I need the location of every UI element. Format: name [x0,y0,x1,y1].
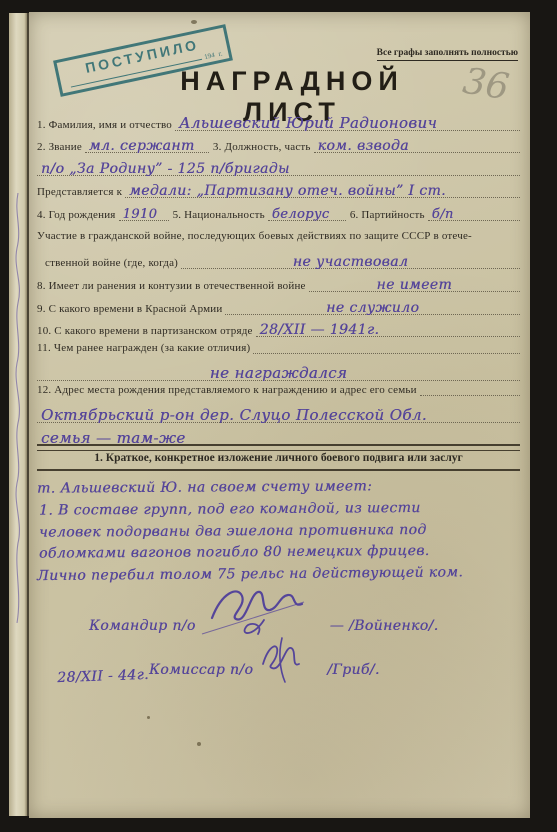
field-4-5-6-row: 4. Год рождения 1910 5. Национальность б… [37,205,520,221]
field-7-label-row-2: ственной войне (где, когда) не участвова… [45,252,520,269]
field-3-label: 3. Должность, часть [209,141,314,153]
field-7-label-line1: Участие в гражданской войне, последующих… [37,230,472,242]
field-12-label-row: 12. Адрес места рождения представляемого… [37,384,520,396]
paper-stain [147,716,150,719]
field-3-continuation-row: п/о „За Родину” - 125 п/бригады [37,159,520,176]
field-3-underline: ком. взвода [314,136,520,153]
field-7-label-row-1: Участие в гражданской войне, последующих… [37,230,520,242]
field-11-label: 11. Чем ранее награжден (за какие отличи… [37,342,253,354]
field-8-label: 8. Имеет ли ранения и контузии в отечест… [37,280,309,292]
commander-name: — /Войненко/. [330,618,439,634]
section-divider-bottom [37,469,520,471]
field-8-underline: не имеет [309,275,520,292]
section-divider-top [37,444,520,451]
field-5-underline: белорус [268,205,346,221]
field-7-label-line2: ственной войне (где, когда) [45,257,181,269]
field-2-label: 2. Звание [37,141,85,153]
field-6-label: 6. Партийность [346,209,428,221]
commander-signature [198,584,328,640]
edge-handwriting-marks [11,193,25,623]
field-3-cont-underline: п/о „За Родину” - 125 п/бригады [37,159,520,176]
field-11-value-row: не награждался [37,362,520,381]
presented-for-row: Представляется к медали: „Партизану отеч… [37,181,520,198]
field-3-value-2: п/о „За Родину” - 125 п/бригады [41,161,290,177]
field-5-value: белорус [272,207,330,222]
presented-for-label: Представляется к [37,186,125,198]
paper-stain [191,20,197,24]
field-12-label: 12. Адрес места рождения представляемого… [37,384,420,396]
feat-line-5: Лично перебил толом 75 рельс на действую… [37,560,520,584]
field-11-label-underline [253,353,520,354]
stamp-year-suffix: г. [218,49,223,58]
fill-all-fields-note: Все графы заполнять полностью [377,48,518,61]
field-11-underline: не награждался [37,362,520,381]
field-10-underline: 28/XII — 1941г. [256,320,520,337]
field-9-value: не служило [326,300,419,316]
field-8-row: 8. Имеет ли ранения и контузии в отечест… [37,275,520,292]
field-6-underline: б/п [428,205,520,221]
field-11-value: не награждался [210,364,347,382]
field-9-underline: не служило [225,298,520,315]
feat-line-1: т. Альшевский Ю. на своем счету имеет: [37,473,520,496]
field-6-value: б/п [432,207,454,222]
feat-text-2: 1. В составе групп, под его командой, из… [39,498,421,521]
paper-stain [197,742,201,746]
field-10-value: 28/XII — 1941г. [260,322,380,338]
field-8-value: не имеет [376,277,452,293]
feat-line-3: человек подорваны два эшелона противника… [39,517,520,540]
field-4-label: 4. Год рождения [37,209,119,221]
pencil-page-number: 36 [460,61,512,109]
award-sheet-page: ПОСТУПИЛО 194 г. Все графы заполнять пол… [29,12,530,818]
feat-line-4: обломками вагонов погибло 80 немецких фр… [39,538,520,561]
field-2-value: мл. сержант [89,138,195,154]
field-9-row: 9. С какого времени в Красной Армии не с… [37,298,520,315]
presented-for-underline: медали: „Партизану отеч. войны” I ст. [125,181,520,198]
field-12-value-row-1: Октябрьский р-он дер. Слуцо Полесской Об… [37,404,520,423]
presented-for-value: медали: „Партизану отеч. войны” I ст. [129,183,446,199]
field-3-value: ком. взвода [318,138,409,154]
field-1-value: Альшевский Юрий Радионович [179,114,437,132]
field-12-underline-1: Октябрьский р-он дер. Слуцо Полесской Об… [37,404,520,423]
field-10-row: 10. С какого времени в партизанском отря… [37,320,520,337]
field-1-label: 1. Фамилия, имя и отчество [37,119,175,131]
stamp-year: 194 [203,51,215,61]
field-12-label-underline [420,395,520,396]
feat-text-5: Лично перебил толом 75 рельс на действую… [37,562,463,586]
field-4-underline: 1910 [119,205,169,221]
field-5-label: 5. Национальность [169,209,268,221]
feat-text-1: т. Альшевский Ю. на своем счету имеет: [37,476,372,498]
field-10-label: 10. С какого времени в партизанском отря… [37,325,256,337]
commander-label: Командир п/о [89,618,196,634]
field-9-label: 9. С какого времени в Красной Армии [37,303,225,315]
field-7-value: не участвовал [293,254,408,270]
field-7-underline: не участвовал [181,252,520,269]
field-1-row: 1. Фамилия, имя и отчество Альшевский Юр… [37,112,520,131]
field-4-value: 1910 [123,207,158,222]
commander-signature-row: Командир п/о — /Войненко/. [89,584,520,632]
field-1-underline: Альшевский Юрий Радионович [175,112,520,131]
field-2-3-row: 2. Звание мл. сержант 3. Должность, част… [37,136,520,153]
feat-section-header: 1. Краткое, конкретное изложение личного… [37,452,520,464]
scanned-document-frame: ПОСТУПИЛО 194 г. Все графы заполнять пол… [0,0,557,832]
document-date: 28/XII - 44г. [57,667,149,686]
field-2-underline: мл. сержант [85,136,209,153]
field-11-label-row: 11. Чем ранее награжден (за какие отличи… [37,342,520,354]
bound-page-edge [9,13,29,816]
field-12-value-line1: Октябрьский р-он дер. Слуцо Полесской Об… [41,406,427,424]
feat-line-2: 1. В составе групп, под его командой, из… [39,495,520,518]
